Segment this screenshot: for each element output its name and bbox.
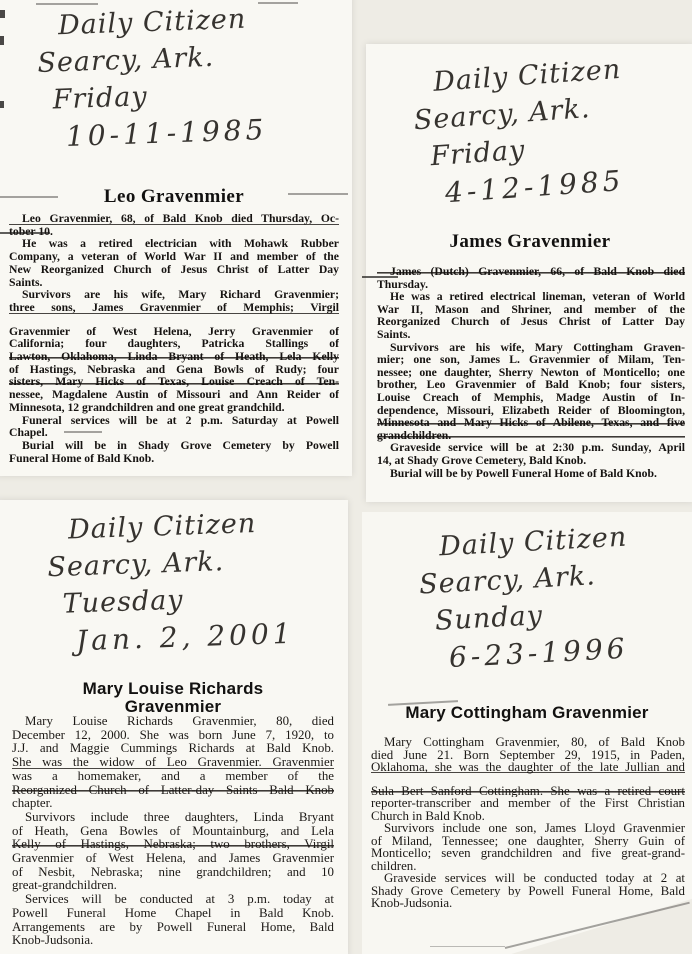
headline-line: Gravenmier xyxy=(0,698,346,716)
obituary-text-line: Burial will be in Shady Grove Cemetery b… xyxy=(9,440,339,453)
obituary-text-line: Graveside services will be conducted tod… xyxy=(371,872,685,885)
paper-edge-line xyxy=(430,946,505,947)
obituary-text-line: reporter-transcriber and member of the F… xyxy=(371,797,685,810)
obituary-text-line: Gravenmier of West Helena, Jerry Gravenm… xyxy=(9,326,339,339)
obituary-text-line: of Hastings, Nebraska and Gena Bowls of … xyxy=(9,364,339,377)
obituary-text-line: of Nesbit, Nebraska; nine grandchildren;… xyxy=(12,866,334,880)
headline-line: Mary Louise Richards xyxy=(0,680,346,698)
obituary-text-line: Survivors are his wife, Mary Richard Gra… xyxy=(9,289,339,302)
obituary-text-line: Company, a veteran of World War II and m… xyxy=(9,251,339,264)
obituary-text-line: brother, Leo Gravenmier of Bald Knob; fo… xyxy=(377,379,685,392)
headline-line: Mary Cottingham Gravenmier xyxy=(362,704,692,722)
obituary-text-line: James (Dutch) Gravenmier, 66, of Bald Kn… xyxy=(377,266,685,279)
scan-artifact xyxy=(0,36,4,45)
scan-seam-line xyxy=(258,2,298,4)
obituary-text-line: great-grandchildren. xyxy=(12,879,334,893)
obituary-text-line: She was the widow of Leo Gravenmier. Gra… xyxy=(12,756,334,770)
obituary-text-line: died June 21. Born September 29, 1915, i… xyxy=(371,749,685,762)
handwritten-note-mary-cottingham: Daily CitizenSearcy, Ark.Sunday6-23-1996 xyxy=(416,519,634,678)
obituary-text-line: Minnesota, 12 grandchildren and one grea… xyxy=(9,402,339,415)
obituary-text-line: chapter. xyxy=(12,797,334,811)
obituary-text-line: Thursday. xyxy=(377,279,685,292)
obituary-body-leo: Leo Gravenmier, 68, of Bald Knob died Th… xyxy=(9,213,339,465)
obituary-text-line: Reorganized Church of Jesus Christ of La… xyxy=(377,316,685,329)
obituary-text-line: of Heath, Gena Bowles of Mountainburg, a… xyxy=(12,825,334,839)
obituary-text-line: Oklahoma, she was the daughter of the la… xyxy=(371,761,685,774)
obituary-text-line: tober 10. xyxy=(9,226,339,239)
obituary-text-line: War II, Mason and Shriner, and member of… xyxy=(377,304,685,317)
obituary-text-line: Gravenmier of West Helena, and James Gra… xyxy=(12,852,334,866)
obituary-text-line: Lawton, Oklahoma, Linda Bryant of Heath,… xyxy=(9,351,339,364)
obituary-text-line: of Miland, Tennessee; one daughter, Sher… xyxy=(371,835,685,848)
obituary-text-line: Survivors include one son, James Lloyd G… xyxy=(371,822,685,835)
obituary-headline-james: James Gravenmier xyxy=(368,231,692,252)
obituary-text-line: Shady Grove Cemetery by Powell Funeral H… xyxy=(371,885,685,898)
obituary-text-line: three sons, James Gravenmier of Memphis;… xyxy=(9,302,339,315)
obituary-text-line: dependence, Missouri, Elizabeth Reider o… xyxy=(377,405,685,418)
obituary-text-line: He was a retired electrician with Mohawk… xyxy=(9,238,339,251)
obituary-text-line: Kelly of Hastings, Nebraska; two brother… xyxy=(12,838,334,852)
pen-mark xyxy=(0,232,50,234)
obituary-text-line: Leo Gravenmier, 68, of Bald Knob died Th… xyxy=(9,213,339,226)
obituary-body-james: James (Dutch) Gravenmier, 66, of Bald Kn… xyxy=(377,266,685,480)
scanned-obituary-page: Daily CitizenSearcy, Ark.Friday10-11-198… xyxy=(0,0,692,954)
obituary-text-line: Mary Louise Richards Gravenmier, 80, die… xyxy=(12,715,334,729)
obituary-text-line: Monticello; seven grandchildren and five… xyxy=(371,847,685,860)
obituary-text-line: He was a retired electrical lineman, vet… xyxy=(377,291,685,304)
obituary-text-line: California; four daughters, Patricka Sta… xyxy=(9,338,339,351)
headline-line: James Gravenmier xyxy=(368,231,692,252)
obituary-text-line: nessee; one daughter, Sherry Newton of M… xyxy=(377,367,685,380)
obituary-text-line: Graveside service will be at 2:30 p.m. S… xyxy=(377,442,685,455)
scan-artifact xyxy=(0,10,5,18)
obituary-text-line: Reorganized Church of Latter-day Saints … xyxy=(12,784,334,798)
handwritten-line: 10-11-1985 xyxy=(65,111,268,155)
obituary-body-mary-louise: Mary Louise Richards Gravenmier, 80, die… xyxy=(12,715,334,948)
obituary-text-line: Louise Creach of Memphis, Madge Austin o… xyxy=(377,392,685,405)
obituary-text-line: Saints. xyxy=(377,329,685,342)
obituary-text-line: children. xyxy=(371,860,685,873)
obituary-text-line: 14, at Shady Grove Cemetery, Bald Knob. xyxy=(377,455,685,468)
obituary-text-line: nessee, Magdalene Austin of Missouri and… xyxy=(9,389,339,402)
obituary-text-line: sisters, Mary Hicks of Texas, Louise Cre… xyxy=(9,376,339,389)
scan-artifact xyxy=(0,101,4,108)
obituary-text-line: Knob-Judsonia. xyxy=(371,897,685,910)
obituary-text-line: Powell Funeral Home Chapel in Bald Knob. xyxy=(12,907,334,921)
obituary-text-line: New Reorganized Church of Jesus Christ o… xyxy=(9,264,339,277)
handwritten-note-mary-louise: Daily CitizenSearcy, Ark.TuesdayJan. 2, … xyxy=(45,504,295,660)
obituary-text-line: Burial will be by Powell Funeral Home of… xyxy=(377,468,685,481)
obituary-text-line: Services will be conducted at 3 p.m. tod… xyxy=(12,893,334,907)
obituary-text-line: Survivors are his wife, Mary Cottingham … xyxy=(377,342,685,355)
obituary-text-line: Church in Bald Knob. xyxy=(371,810,685,823)
obituary-text-line: Saints. xyxy=(9,277,339,290)
obituary-text-line: Funeral Home of Bald Knob. xyxy=(9,453,339,466)
obituary-text-line: Survivors include three daughters, Linda… xyxy=(12,811,334,825)
scan-seam-line xyxy=(36,3,98,5)
handwritten-line: Jan. 2, 2001 xyxy=(75,615,295,660)
obituary-text-line: mier; one son, James L. Gravenmier of Mi… xyxy=(377,354,685,367)
obituary-text-line: J.J. and Maggie Cummings Richards at Bal… xyxy=(12,742,334,756)
obituary-text-line: was a homemaker, and a member of the xyxy=(12,770,334,784)
obituary-text-line: Sula Bert Sanford Cottingham. She was a … xyxy=(371,785,685,798)
obituary-text-line: Chapel. xyxy=(9,427,339,440)
obituary-text-line: Mary Cottingham Gravenmier, 80, of Bald … xyxy=(371,736,685,749)
handwritten-note-leo: Daily CitizenSearcy, Ark.Friday10-11-198… xyxy=(35,0,267,156)
pen-mark xyxy=(64,431,102,433)
headline-rule xyxy=(0,196,58,198)
obituary-headline-mary-louise: Mary Louise RichardsGravenmier xyxy=(0,680,346,716)
obituary-body-mary-cottingham: Mary Cottingham Gravenmier, 80, of Bald … xyxy=(371,736,685,910)
handwritten-note-james: Daily CitizenSearcy, Ark.Friday4-12-1985 xyxy=(410,51,630,213)
handwritten-line: Daily Citizen xyxy=(57,0,264,44)
obituary-text-line: grandchildren. xyxy=(377,430,685,443)
pen-mark xyxy=(362,276,398,278)
obituary-text-line: Arrangements are by Powell Funeral Home,… xyxy=(12,921,334,935)
obituary-text-line: Knob-Judsonia. xyxy=(12,934,334,948)
obituary-text-line: December 12, 2000. She was born June 7, … xyxy=(12,729,334,743)
obituary-headline-mary-cottingham: Mary Cottingham Gravenmier xyxy=(362,704,692,722)
headline-rule xyxy=(288,193,348,195)
obituary-text-line: Minnesota and Mary Hicks of Abilene, Tex… xyxy=(377,417,685,430)
obituary-text-line: Funeral services will be at 2 p.m. Satur… xyxy=(9,415,339,428)
